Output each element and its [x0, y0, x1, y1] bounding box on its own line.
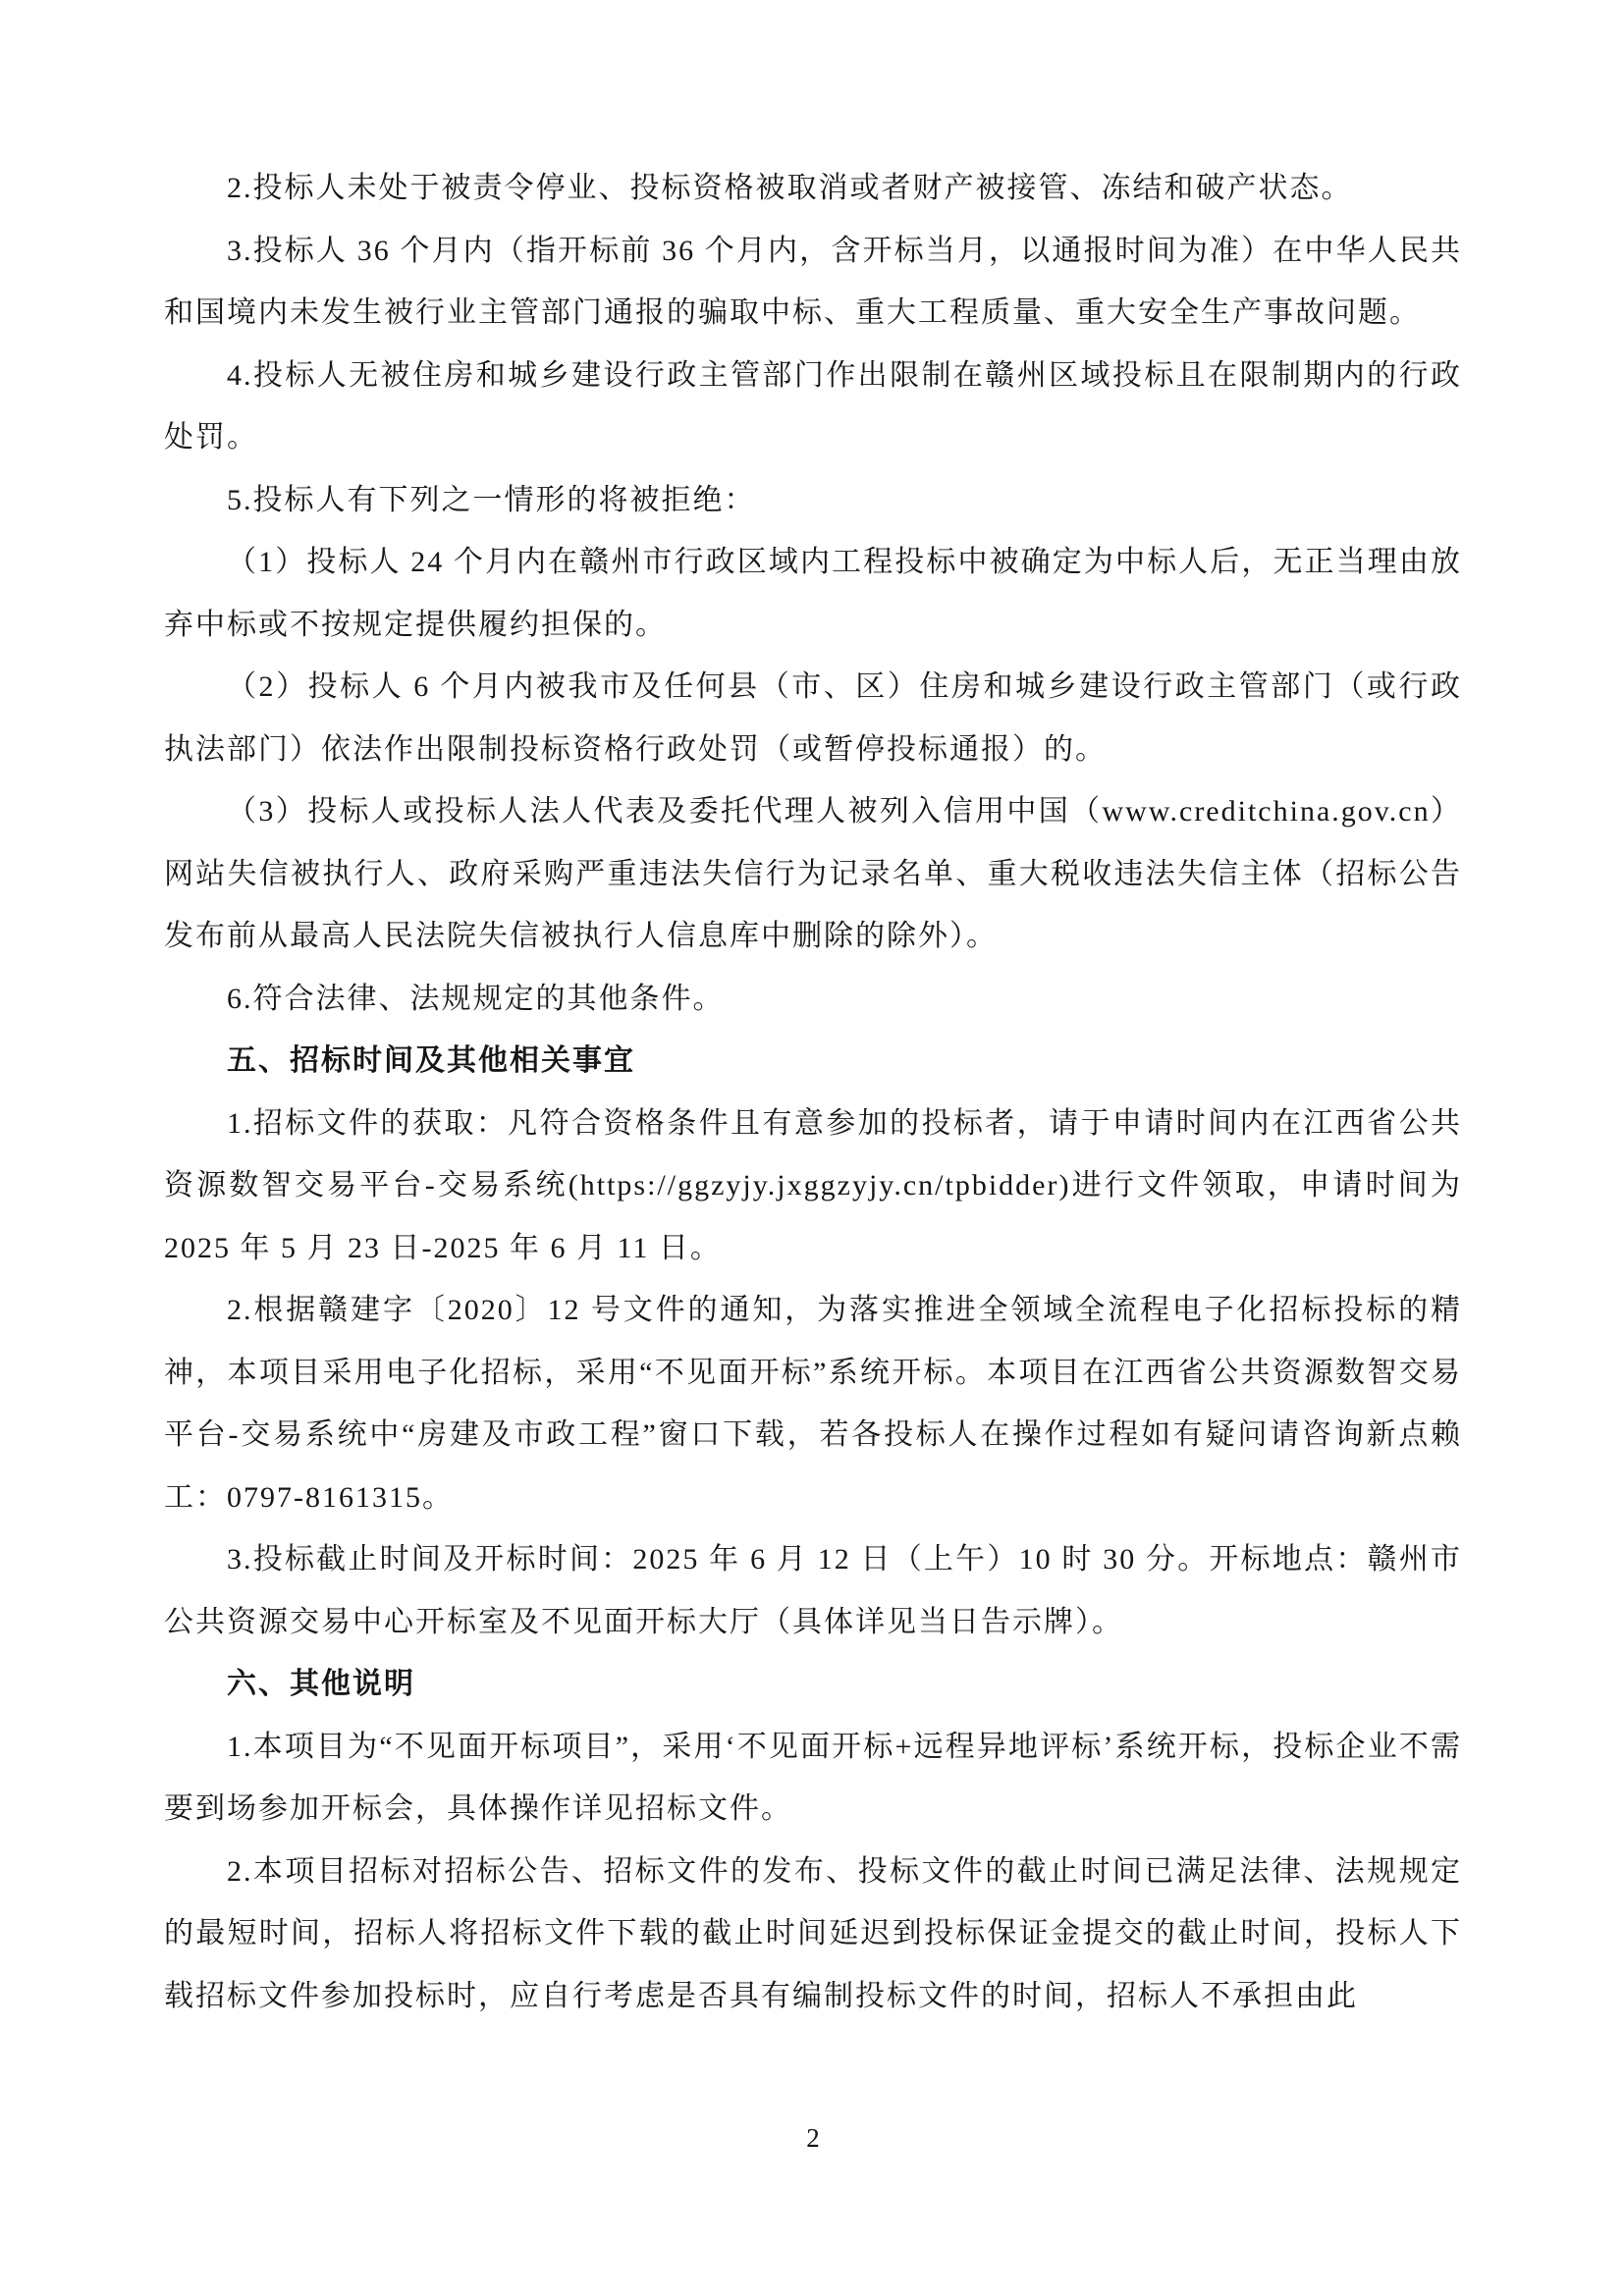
- paragraph-qualification-2: 2.投标人未处于被责令停业、投标资格被取消或者财产被接管、冻结和破产状态。: [164, 157, 1462, 220]
- paragraph-rejection-case-1: （1）投标人 24 个月内在赣州市行政区域内工程投标中被确定为中标人后，无正当理…: [164, 531, 1462, 656]
- paragraph-rejection-case-3: （3）投标人或投标人法人代表及委托代理人被列入信用中国（www.creditch…: [164, 780, 1462, 968]
- paragraph-remote-bid-opening: 1.本项目为“不见面开标项目”，采用‘不见面开标+远程异地评标’系统开标，投标企…: [164, 1716, 1462, 1841]
- section-heading-bidding-time: 五、招标时间及其他相关事宜: [164, 1030, 1462, 1093]
- paragraph-electronic-bidding: 2.根据赣建字〔2020〕12 号文件的通知，为落实推进全领域全流程电子化招标投…: [164, 1279, 1462, 1528]
- document-content: 2.投标人未处于被责令停业、投标资格被取消或者财产被接管、冻结和破产状态。 3.…: [164, 157, 1462, 2027]
- section-heading-other-notes: 六、其他说明: [164, 1653, 1462, 1716]
- paragraph-qualification-4: 4.投标人无被住房和城乡建设行政主管部门作出限制在赣州区域投标且在限制期内的行政…: [164, 345, 1462, 469]
- paragraph-qualification-5: 5.投标人有下列之一情形的将被拒绝：: [164, 469, 1462, 532]
- document-page: 2.投标人未处于被责令停业、投标资格被取消或者财产被接管、冻结和破产状态。 3.…: [0, 0, 1624, 2296]
- paragraph-deadline-and-opening: 3.投标截止时间及开标时间：2025 年 6 月 12 日（上午）10 时 30…: [164, 1528, 1462, 1653]
- paragraph-doc-acquisition: 1.招标文件的获取：凡符合资格条件且有意参加的投标者，请于申请时间内在江西省公共…: [164, 1093, 1462, 1280]
- paragraph-time-consideration: 2.本项目招标对招标公告、招标文件的发布、投标文件的截止时间已满足法律、法规规定…: [164, 1841, 1462, 2028]
- page-number: 2: [164, 2118, 1462, 2158]
- paragraph-rejection-case-2: （2）投标人 6 个月内被我市及任何县（市、区）住房和城乡建设行政主管部门（或行…: [164, 656, 1462, 780]
- paragraph-qualification-6: 6.符合法律、法规规定的其他条件。: [164, 968, 1462, 1031]
- paragraph-qualification-3: 3.投标人 36 个月内（指开标前 36 个月内，含开标当月，以通报时间为准）在…: [164, 220, 1462, 345]
